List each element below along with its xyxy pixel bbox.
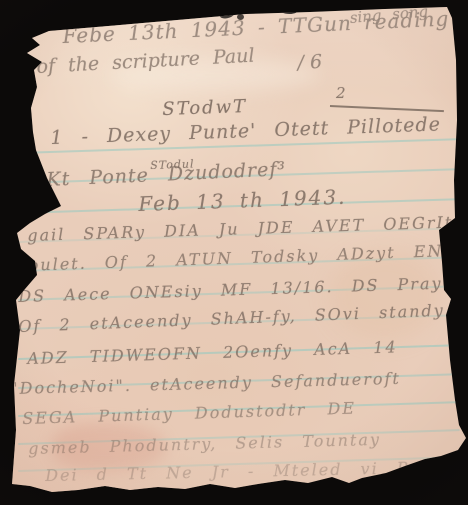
body-line: "DocheNoi". etAceendy Sefandueroft — [10, 369, 401, 398]
page-number: 2 — [336, 84, 346, 102]
scripture-number: / 6 — [297, 51, 323, 74]
syllabary-heading: STodwT — [162, 96, 247, 120]
body-line: gail SPARy DIA Ju JDE AVET OEGrIt — [27, 213, 454, 245]
manuscript-paper: sing song Febe 13th 1943 - TTGun reading… — [0, 0, 468, 505]
center-date: Feb 13 th 1943. — [138, 185, 347, 216]
entry-line-2: Kt Ponte Dzudodref³ — [46, 158, 286, 191]
page-number-underline — [330, 105, 444, 112]
entry-line-1: 1 - Dexey Punte' Otett Pillotede — [50, 113, 441, 149]
body-line: SEGA Puntiay Dodustodtr DE — [22, 399, 356, 428]
body-line: ADZ TIDWEOFN 2Oenfy AcA 14 — [27, 337, 398, 368]
header-date-line: Febe 13th 1943 - TTGun reading — [62, 6, 450, 48]
photo-background: sing song Febe 13th 1943 - TTGun reading… — [0, 0, 468, 505]
